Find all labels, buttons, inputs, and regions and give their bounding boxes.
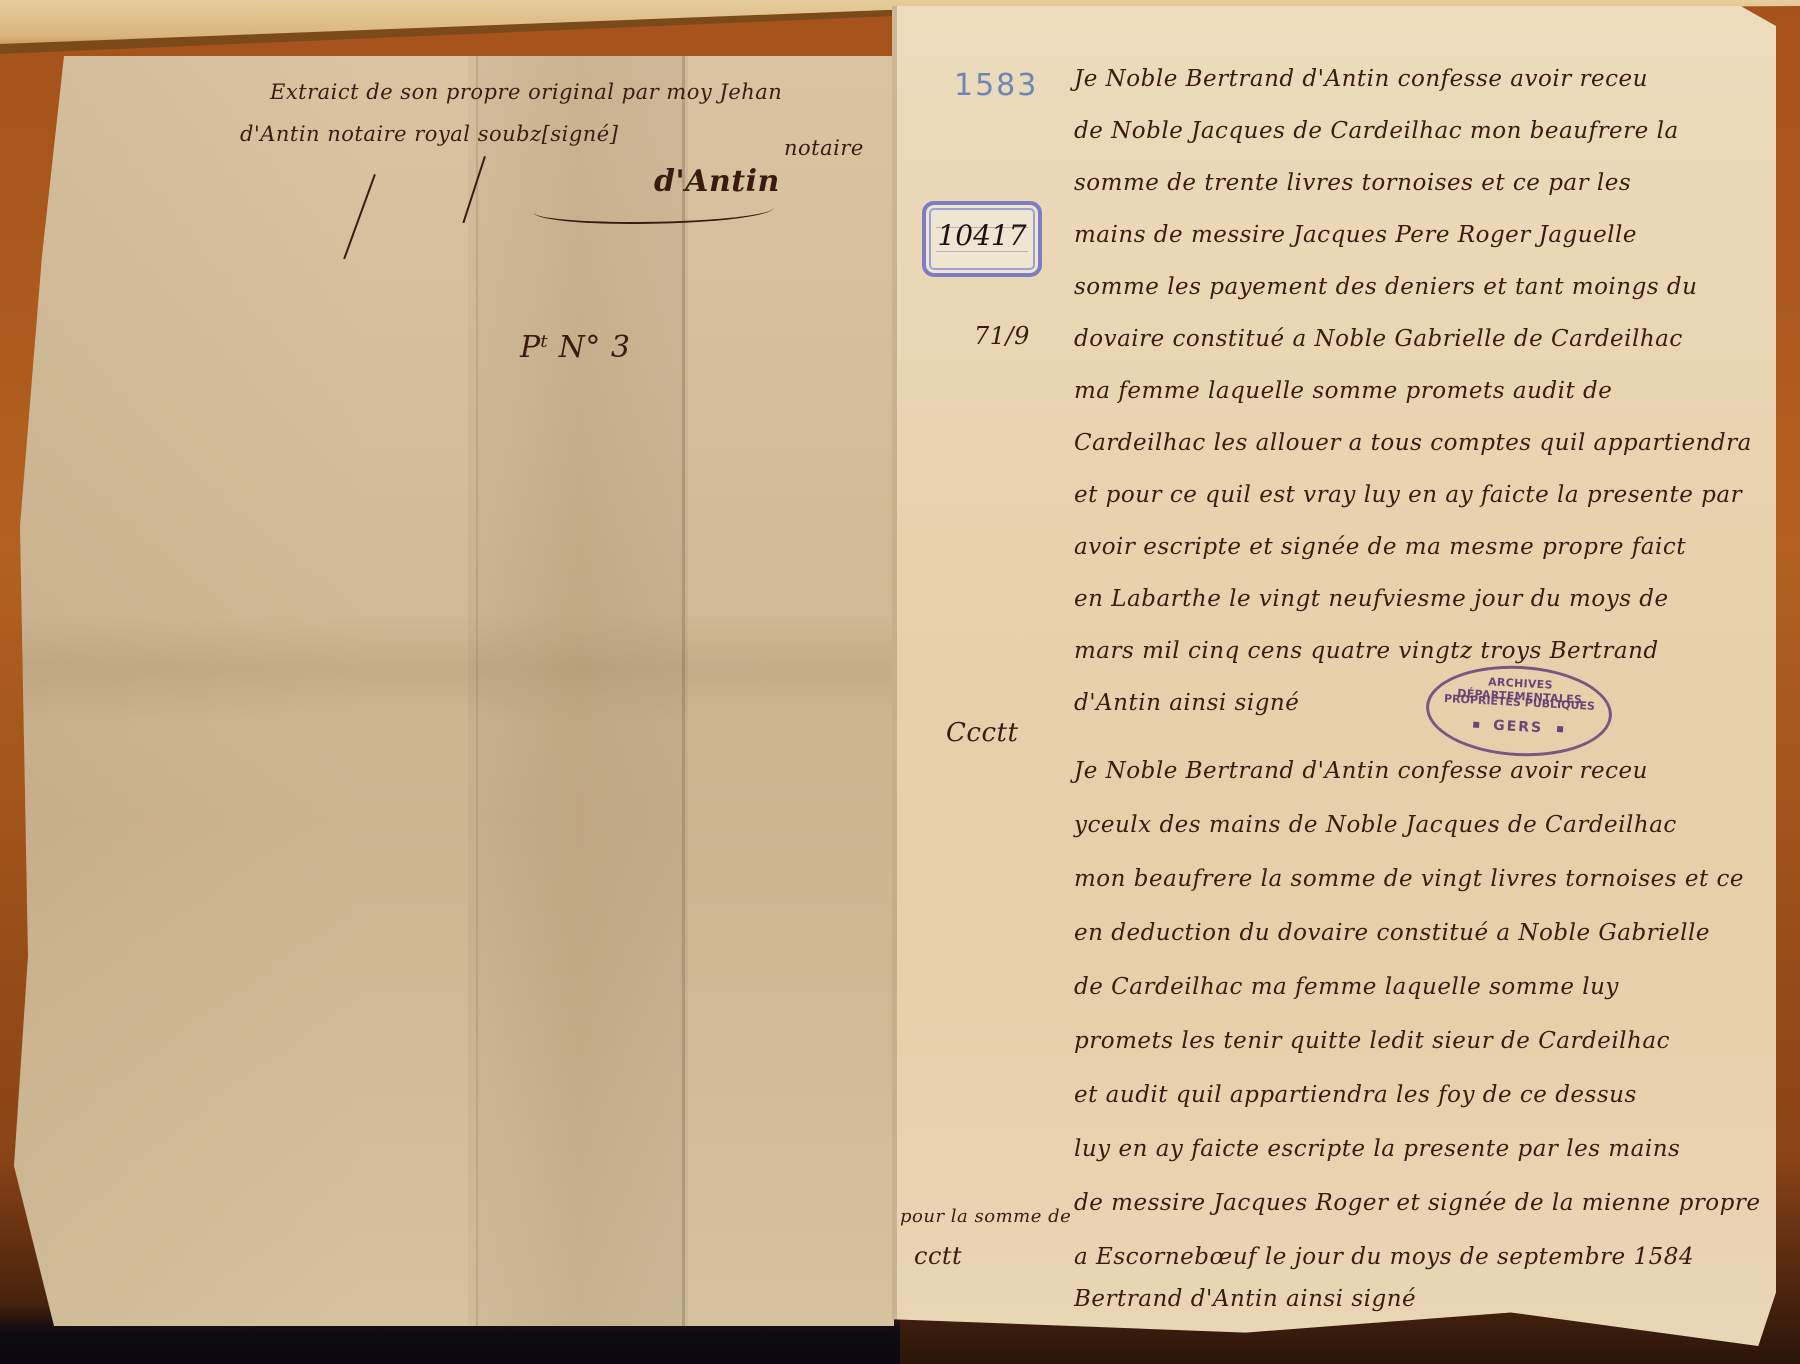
text-line: en Labarthe le vingt neufviesme jour du … [1074,586,1669,612]
signature-flourish [534,196,774,224]
text-line: a Escornebœuf le jour du moys de septemb… [1074,1244,1694,1270]
text-line: promets les tenir quitte ledit sieur de … [1074,1028,1670,1054]
square-bullet-icon [1557,726,1563,732]
text-line: en deduction du dovaire constitué a Nobl… [1074,920,1710,946]
text-line: de messire Jacques Roger et signée de la… [1074,1190,1760,1216]
page-note: Pᵗ N° 3 [520,330,631,365]
text-line: de Noble Jacques de Cardeilhac mon beauf… [1074,118,1679,144]
folio-mark: 71/9 [974,322,1030,350]
signature-suffix: notaire [784,136,864,160]
text-line: luy en ay faicte escripte la presente pa… [1074,1136,1680,1162]
pen-stroke [343,174,376,259]
right-page: 1583 10417 71/9 Ccctt pour la somme de c… [892,6,1776,1346]
archive-label: 10417 [922,201,1042,277]
text-line: Cardeilhac les allouer a tous comptes qu… [1074,430,1752,456]
text-line: et audit quil appartiendra les foy de ce… [1074,1082,1637,1108]
left-page: Extraict de son propre original par moy … [14,56,894,1326]
text-line: et pour ce quil est vray luy en ay faict… [1074,482,1742,508]
text-line: de Cardeilhac ma femme laquelle somme lu… [1074,974,1619,1000]
stamp-gers: GERS [1493,718,1544,737]
horizontal-fold [14,614,894,724]
text-line: Je Noble Bertrand d'Antin confesse avoir… [1074,758,1648,784]
stamp-line-3: GERS [1428,714,1609,739]
signature: d'Antin [654,164,780,199]
text-line: Je Noble Bertrand d'Antin confesse avoir… [1074,66,1648,92]
text-line: avoir escripte et signée de ma mesme pro… [1074,534,1686,560]
header-line-2: d'Antin notaire royal soubz[signé] [240,122,618,146]
header-line-1: Extraict de son propre original par moy … [270,80,782,104]
text-line: mon beaufrere la somme de vingt livres t… [1074,866,1744,892]
text-line: Bertrand d'Antin ainsi signé [1074,1286,1416,1312]
text-line: d'Antin ainsi signé [1074,690,1299,716]
archives-stamp: ARCHIVES DÉPARTEMENTALES PROPRIÉTÉS PUBL… [1424,661,1614,761]
archive-number: 10417 [926,219,1038,252]
pencil-year: 1583 [954,68,1038,103]
text-line: dovaire constitué a Noble Gabrielle de C… [1074,326,1683,352]
text-line: mars mil cinq cens quatre vingtz troys B… [1074,638,1659,664]
margin-note-1: Ccctt [946,718,1018,748]
margin-note-3: cctt [914,1242,962,1270]
text-line: mains de messire Jacques Pere Roger Jagu… [1074,222,1637,248]
text-line: somme de trente livres tornoises et ce p… [1074,170,1631,196]
text-line: yceulx des mains de Noble Jacques de Car… [1074,812,1677,838]
text-line: somme les payement des deniers et tant m… [1074,274,1697,300]
text-line: ma femme laquelle somme promets audit de [1074,378,1612,404]
square-bullet-icon [1473,722,1479,728]
margin-note-2: pour la somme de [900,1206,1071,1227]
